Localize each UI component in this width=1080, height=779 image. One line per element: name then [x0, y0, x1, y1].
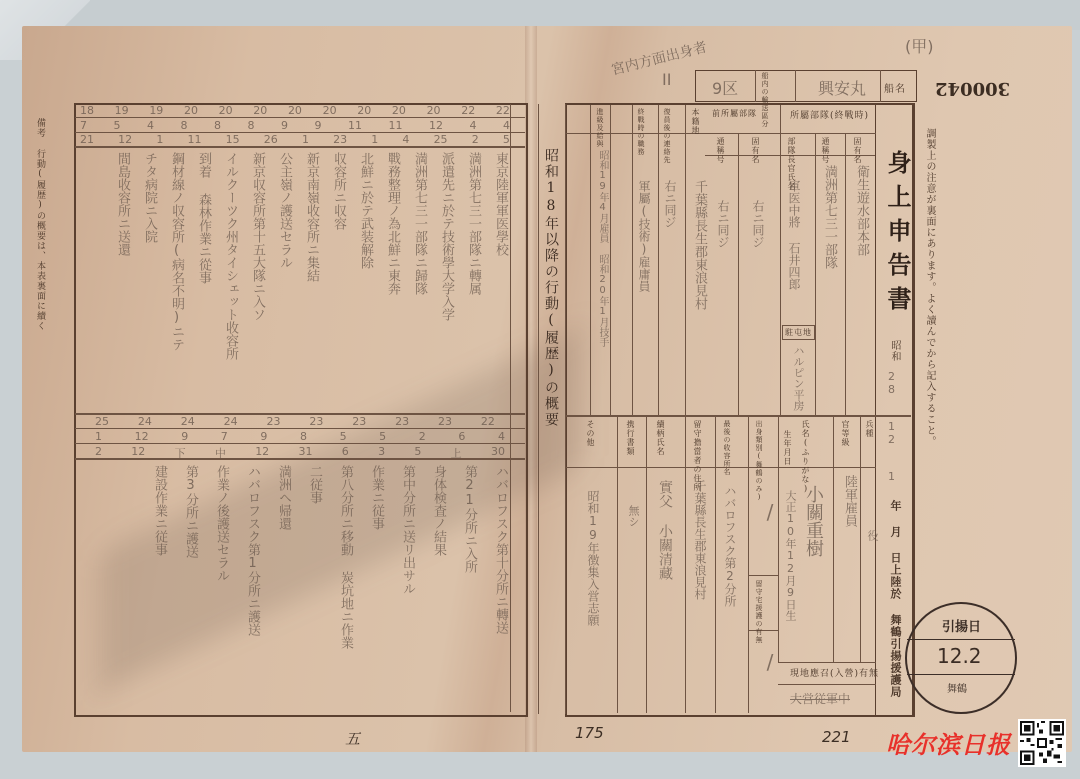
date-cell: 8	[300, 430, 307, 444]
other-value: 昭和19年徴集入営志願	[585, 490, 602, 626]
lower-history-entries: ハバロフスク第十分所ニ轉送 第21分所ニ入所 身体検査ノ結果 第中分所ニ送リ出サ…	[90, 465, 510, 710]
page-number-middle: 175	[575, 724, 604, 742]
date-cell: 12	[135, 430, 149, 444]
stamp-date: 12.2	[937, 644, 982, 668]
date-cell: 20	[288, 104, 302, 118]
history-entry: 戰務整理ノ為北鮮ニ東奔	[383, 152, 402, 410]
date-cell: 上	[451, 445, 462, 459]
history-entry: 第3分所ニ護送	[181, 465, 200, 710]
promotion-value: 昭和19年4月雇員 昭和20年1月技手	[595, 150, 610, 347]
date-cell: 4	[503, 119, 510, 133]
prev-unit-name-label: 固有名	[750, 137, 761, 164]
date-cell: 8	[248, 119, 255, 133]
date-cell: 6	[458, 430, 465, 444]
contact-label: 復員後の連絡先	[662, 108, 672, 164]
date-cell: 20	[184, 104, 198, 118]
date-cell: 9	[181, 430, 188, 444]
date-cell: 23	[309, 415, 323, 429]
page-number-right: 221	[822, 728, 851, 746]
documents-label: 携行書類	[625, 420, 636, 456]
date-cell: 12	[255, 445, 269, 459]
history-entry: 到着 森林作業ニ從事	[194, 152, 213, 410]
top-roman-numeral: II	[662, 70, 671, 89]
date-cell: 4	[147, 119, 154, 133]
date-cell: 3	[378, 445, 385, 459]
date-cell: 19	[115, 104, 129, 118]
history-entry: 新京収容所第十五大隊ニ入ソ	[248, 152, 267, 410]
name-label: 氏名(ふりがな)	[800, 420, 811, 494]
history-entry: ハバロフスク第1分所ニ護送	[243, 465, 262, 710]
landing-day: 1	[885, 470, 898, 483]
date-cell: 5	[503, 133, 510, 147]
date-cell: 11	[187, 133, 201, 147]
upper-history-entries: 東京陸軍軍医學校 満洲第七三一部隊ニ轉属 派遣先ニ於テ技術學大学入学 満洲第七三…	[90, 152, 510, 410]
guardian-address-value: 千葉縣長生郡東浪見村	[692, 480, 709, 600]
prev-unit-code-label: 通稱号	[715, 137, 726, 164]
date-cell: 9	[315, 119, 322, 133]
contact-value: 右ニ同ジ	[662, 180, 679, 228]
unit-name-label: 固有名	[852, 137, 863, 164]
date-cell: 8	[181, 119, 188, 133]
recall-value: 大営従軍中	[790, 690, 850, 707]
date-cell: 23	[352, 415, 366, 429]
recall-label: 現地應召(入營)有無	[790, 666, 879, 679]
date-cell: 4	[402, 133, 409, 147]
landing-text: 年 月 日上陸於 舞鶴引揚援護局	[887, 500, 903, 698]
date-cell: 7	[80, 119, 87, 133]
date-cell: 1	[156, 133, 163, 147]
date-cell: 7	[221, 430, 228, 444]
lower-days-row: 30 上 5 3 6 31 12 中 下 12 2	[95, 445, 505, 459]
date-cell: 5	[114, 119, 121, 133]
history-entry: 満洲ヘ帰還	[274, 465, 293, 710]
publisher-logo: 哈尔滨日报	[886, 725, 1011, 760]
history-entry: 第21分所ニ入所	[460, 465, 479, 710]
unit-code-value: 満洲第七三一部隊	[820, 165, 839, 269]
date-cell: 5	[340, 430, 347, 444]
date-cell: 1	[95, 430, 102, 444]
date-cell: 20	[219, 104, 233, 118]
history-entry: 北鮮ニ於テ武装解除	[356, 152, 375, 410]
date-cell: 4	[470, 119, 477, 133]
unit-header: 所屬部隊(終戰時)	[790, 108, 869, 121]
origin-label: 出身類別(舞鶴のみ)	[754, 420, 764, 502]
domicile-value: 千葉縣長生郡東浪見村	[690, 180, 709, 310]
history-entry: 収容所ニ収容	[329, 152, 348, 410]
date-cell: 23	[333, 133, 347, 147]
date-cell: 23	[395, 415, 409, 429]
date-cell: 2	[472, 133, 479, 147]
lower-years-row: 22 23 23 23 23 23 24 24 24 25	[95, 415, 495, 429]
date-cell: 6	[342, 445, 349, 459]
date-cell: 20	[392, 104, 406, 118]
date-cell: 22	[481, 415, 495, 429]
date-cell: 11	[389, 119, 403, 133]
history-entry: イルクーツク州タイシェット收容所	[221, 152, 240, 410]
date-cell: 8	[214, 119, 221, 133]
date-cell: 下	[175, 445, 186, 459]
origin-value: /	[758, 500, 782, 524]
history-entry: 第八分所ニ移動 炭坑地ニ作業	[336, 465, 355, 710]
date-cell: 23	[438, 415, 452, 429]
date-cell: 11	[348, 119, 362, 133]
rank-value: 陸軍雇員	[840, 475, 859, 527]
landing-era: 昭和	[887, 340, 902, 362]
date-cell: 12	[131, 445, 145, 459]
date-cell: 1	[302, 133, 309, 147]
garrison-label: 駐屯地	[782, 325, 815, 340]
branch-value: 役	[864, 530, 880, 541]
prev-unit-name-value: 右ニ同ジ	[750, 200, 767, 248]
date-cell: 21	[80, 133, 94, 147]
history-entry: ハバロフスク第十分所ニ轉送	[491, 465, 510, 710]
date-cell: 12	[429, 119, 443, 133]
history-entry: 鋼材線ノ収容所(病名不明)ニテ	[167, 152, 186, 410]
duty-value: 軍屬(技術)雇庸員	[636, 180, 653, 292]
branch-label: 兵種	[864, 420, 875, 438]
date-cell: 23	[267, 415, 281, 429]
history-entry: 身体検査ノ結果	[429, 465, 448, 710]
landing-month: 12	[885, 420, 898, 446]
serial-number: 300042	[935, 78, 1010, 99]
history-entry: チタ病院ニ入院	[140, 152, 159, 410]
home-support-label: 留守宅援護の有無	[754, 580, 764, 644]
date-cell: 25	[95, 415, 109, 429]
other-label: その他	[585, 420, 596, 447]
stamp-top-text: 引揚日	[942, 616, 981, 635]
garrison-value: ハルピン平房	[790, 345, 806, 411]
domicile-label: 本籍地	[690, 108, 701, 135]
documents-value: 無シ	[625, 505, 641, 527]
history-entry: 建設作業ニ従事	[150, 465, 169, 710]
history-side-note: 備考 行動(履歴)の概要は、本表裏面に續く	[34, 118, 47, 331]
date-cell: 31	[298, 445, 312, 459]
date-cell: 26	[264, 133, 278, 147]
date-cell: 20	[357, 104, 371, 118]
history-entry: 第中分所ニ送リ出サル	[398, 465, 417, 710]
lower-months-row: 4 6 2 5 5 8 9 7 9 12 1	[95, 430, 505, 444]
history-entry: 作業ノ後護送セラル	[212, 465, 231, 710]
date-cell: 24	[138, 415, 152, 429]
date-cell: 20	[323, 104, 337, 118]
date-cell: 24	[181, 415, 195, 429]
camp-value: ハバロフスク第2分所	[722, 485, 739, 607]
section-value: 9区	[712, 76, 738, 99]
ship-name-label: 船名	[884, 80, 906, 95]
duty-label: 終戰時の職務	[636, 108, 646, 156]
history-entry: 間島收容所ニ送還	[113, 152, 132, 410]
promotion-label: 進級及給與	[595, 108, 605, 148]
history-title: 昭和18年以降の行動(履歴)の概要	[541, 148, 561, 428]
history-entry: 満洲第七三一部隊ニ轉属	[464, 152, 483, 410]
birthdate-label: 生年月日	[782, 430, 793, 466]
unit-code-label: 通稱号	[820, 137, 831, 164]
date-cell: 24	[224, 415, 238, 429]
date-cell: 9	[260, 430, 267, 444]
date-cell: 18	[80, 104, 94, 118]
camp-label: 最後の收容所名	[722, 420, 732, 476]
relation-value: 實父 小關清藏	[655, 480, 675, 580]
relation-label: 續柄氏名	[655, 420, 666, 456]
history-entry: 公主嶺ノ護送セラル	[275, 152, 294, 410]
date-cell: 20	[427, 104, 441, 118]
date-cell: 20	[253, 104, 267, 118]
repatriation-stamp: 引揚日 12.2 舞鶴	[905, 602, 1017, 714]
date-cell: 1	[371, 133, 378, 147]
rank-label: 官等級	[840, 420, 851, 447]
form-notice: 調製上の注意が裏面にあります。よく讀んでから記入すること。	[922, 128, 937, 447]
date-cell: 25	[434, 133, 448, 147]
history-entry: 新京南嶺收容所ニ集結	[302, 152, 321, 410]
document-title: 身上申告書	[880, 150, 915, 320]
page-number-left: 五	[345, 728, 360, 749]
date-cell: 22	[461, 104, 475, 118]
birthdate-value: 大正10年12月9日生	[782, 490, 798, 621]
date-cell: 15	[226, 133, 240, 147]
home-support-value: /	[758, 650, 782, 674]
history-entry: 派遣先ニ於テ技術學大学入学	[437, 152, 456, 410]
qr-code-icon	[1018, 719, 1066, 767]
history-entry: 満洲第七三一部隊ニ歸隊	[410, 152, 429, 410]
upper-days-row: 5 2 25 4 1 23 1 26 15 11 1 12 21	[80, 133, 510, 147]
stamp-bottom-text: 舞鶴	[947, 680, 967, 695]
history-entry: 二従事	[305, 465, 324, 710]
history-entry: 作業ニ従事	[367, 465, 386, 710]
date-cell: 5	[379, 430, 386, 444]
landing-year: 28	[885, 370, 898, 396]
date-cell: 19	[149, 104, 163, 118]
date-cell: 5	[414, 445, 421, 459]
prev-unit-code-value: 右ニ同ジ	[715, 200, 732, 248]
commander-value: 軍医中將 石井四郎	[786, 180, 803, 290]
history-entry: 東京陸軍軍医學校	[491, 152, 510, 410]
date-cell: 4	[498, 430, 505, 444]
date-cell: 2	[419, 430, 426, 444]
prev-unit-header: 前所屬部隊	[712, 108, 757, 119]
date-cell: 12	[118, 133, 132, 147]
date-cell: 22	[496, 104, 510, 118]
upper-months-row: 4 4 12 11 11 9 9 8 8 8 4 5 7	[80, 119, 510, 133]
date-cell: 9	[281, 119, 288, 133]
name-value: 小關重樹	[800, 485, 826, 557]
date-cell: 30	[491, 445, 505, 459]
corner-mark: (甲)	[905, 34, 934, 57]
date-cell: 中	[215, 445, 226, 459]
ship-name-value: 興安丸	[818, 76, 866, 99]
date-cell: 2	[95, 445, 102, 459]
upper-years-row: 22 22 20 20 20 20 20 20 20 20 19 19 18	[80, 104, 510, 118]
unit-name-value: 衛生遊水部本部	[852, 165, 871, 256]
